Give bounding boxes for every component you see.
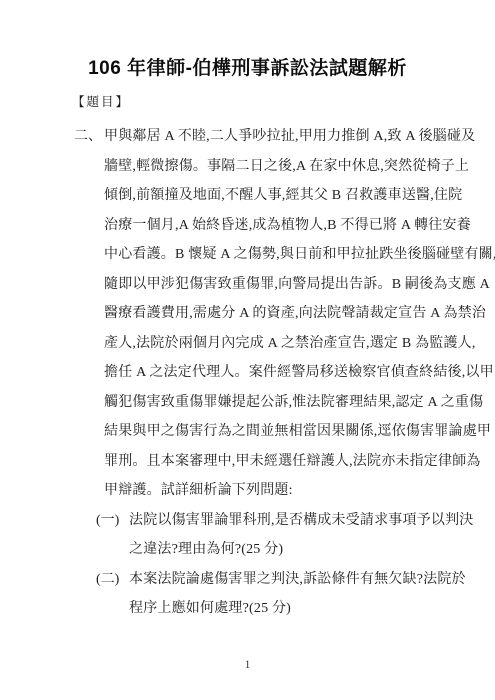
- document-page: 106 年律師-伯樺刑事訴訟法試題解析 【題目】 二、 甲與鄰居 A 不睦,二人…: [0, 0, 495, 700]
- question-paragraph: 二、 甲與鄰居 A 不睦,二人爭吵拉扯,甲用力推倒 A,致 A 後腦碰及 牆壁,…: [0, 122, 495, 506]
- question-number-marker: 二、: [74, 122, 102, 152]
- page-title: 106 年律師-伯樺刑事訴訟法試題解析: [0, 53, 495, 80]
- text-line: 程序上應如何處理?(25 分): [0, 594, 495, 624]
- text-line: 擔任 A 之法定代理人。案件經警局移送檢察官偵查終結後,以甲: [0, 358, 495, 388]
- text-line: 產人,法院於兩個月內完成 A 之禁治產宣告,選定 B 為監護人,: [0, 329, 495, 359]
- paragraph-lines: 甲與鄰居 A 不睦,二人爭吵拉扯,甲用力推倒 A,致 A 後腦碰及 牆壁,輕微擦…: [0, 122, 495, 506]
- text-line: 結果與甲之傷害行為之間並無相當因果關係,逕依傷害罪論處甲: [0, 417, 495, 447]
- sub-question-1-marker: (一): [96, 506, 119, 536]
- text-line: 罪刑。且本案審理中,甲未經選任辯護人,法院亦未指定律師為: [0, 447, 495, 477]
- text-line: 中心看護。B 懷疑 A 之傷勢,與日前和甲拉扯跌坐後腦碰壁有關,: [0, 240, 495, 270]
- text-line: 傾倒,前額撞及地面,不醒人事,經其父 B 召救護車送醫,住院: [0, 181, 495, 211]
- text-line: 甲辯護。試詳細析論下列問題:: [0, 476, 495, 506]
- text-line: 牆壁,輕微擦傷。事隔二日之後,A 在家中休息,突然從椅子上: [0, 152, 495, 182]
- question-body: 二、 甲與鄰居 A 不睦,二人爭吵拉扯,甲用力推倒 A,致 A 後腦碰及 牆壁,…: [0, 122, 495, 624]
- section-label-topic: 【題目】: [72, 92, 130, 110]
- text-line: 本案法院論處傷害罪之判決,訴訟條件有無欠缺?法院於: [0, 565, 495, 595]
- text-line: 法院以傷害罪論罪科刑,是否構成未受請求事項予以判決: [0, 506, 495, 536]
- sub-question-2-marker: (二): [96, 565, 119, 595]
- text-line: 之違法?理由為何?(25 分): [0, 535, 495, 565]
- text-line: 觸犯傷害致重傷罪嫌提起公訴,惟法院審理結果,認定 A 之重傷: [0, 388, 495, 418]
- text-line: 治療一個月,A 始終昏迷,成為植物人,B 不得已將 A 轉往安養: [0, 211, 495, 241]
- sub-question-2: (二) 本案法院論處傷害罪之判決,訴訟條件有無欠缺?法院於 程序上應如何處理?(…: [0, 565, 495, 624]
- page-number: 1: [0, 659, 495, 671]
- text-line: 隨即以甲涉犯傷害致重傷罪,向警局提出告訴。B 嗣後為支應 A: [0, 270, 495, 300]
- sub-question-1: (一) 法院以傷害罪論罪科刑,是否構成未受請求事項予以判決 之違法?理由為何?(…: [0, 506, 495, 565]
- text-line: 醫療看護費用,需處分 A 的資產,向法院聲請裁定宣告 A 為禁治: [0, 299, 495, 329]
